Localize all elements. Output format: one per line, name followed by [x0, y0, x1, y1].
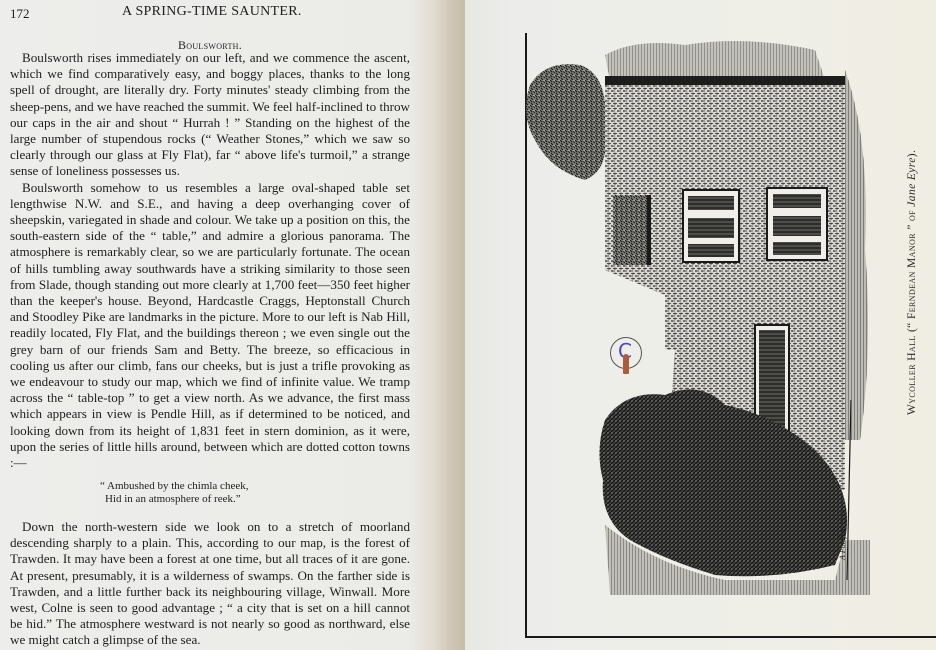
body-text-after-verse: Down the north-western side we look on t…: [10, 519, 410, 649]
paragraph: Boulsworth somehow to us resembles a lar…: [10, 180, 410, 472]
artist-signature: A Pomfret 1912: [838, 510, 847, 560]
left-page: 172 A SPRING-TIME SAUNTER. Boulsworth. B…: [0, 0, 465, 650]
caption-book-title: Jane Eyre: [906, 158, 918, 207]
running-title: A SPRING-TIME SAUNTER.: [122, 4, 302, 20]
wycoller-hall-engraving: [515, 20, 885, 630]
verse-line: Hid in an atmosphere of reek.”: [100, 493, 300, 506]
watermark-figure-icon: [623, 354, 629, 374]
verse-line: “ Ambushed by the chimla cheek,: [100, 480, 300, 493]
book-spread: 172 A SPRING-TIME SAUNTER. Boulsworth. B…: [0, 0, 936, 650]
body-text-before-verse: Boulsworth rises immediately on our left…: [10, 50, 410, 471]
caption-end: ).: [906, 150, 918, 158]
page-number: 172: [10, 6, 30, 22]
paragraph: Boulsworth rises immediately on our left…: [10, 50, 410, 180]
caption-main: Wycoller Hall (“ Ferndean Manor ” of: [906, 207, 918, 415]
running-head: 172 A SPRING-TIME SAUNTER.: [10, 4, 410, 22]
illustration-caption: Wycoller Hall (“ Ferndean Manor ” of Jan…: [906, 150, 934, 620]
paragraph: Down the north-western side we look on t…: [10, 519, 410, 649]
verse-quote: “ Ambushed by the chimla cheek, Hid in a…: [100, 480, 300, 506]
watermark-logo: C: [610, 337, 642, 369]
right-page: C A Pomfret 1912 Wycoller Hall (“ Fernde…: [465, 0, 936, 650]
window: [683, 190, 739, 262]
